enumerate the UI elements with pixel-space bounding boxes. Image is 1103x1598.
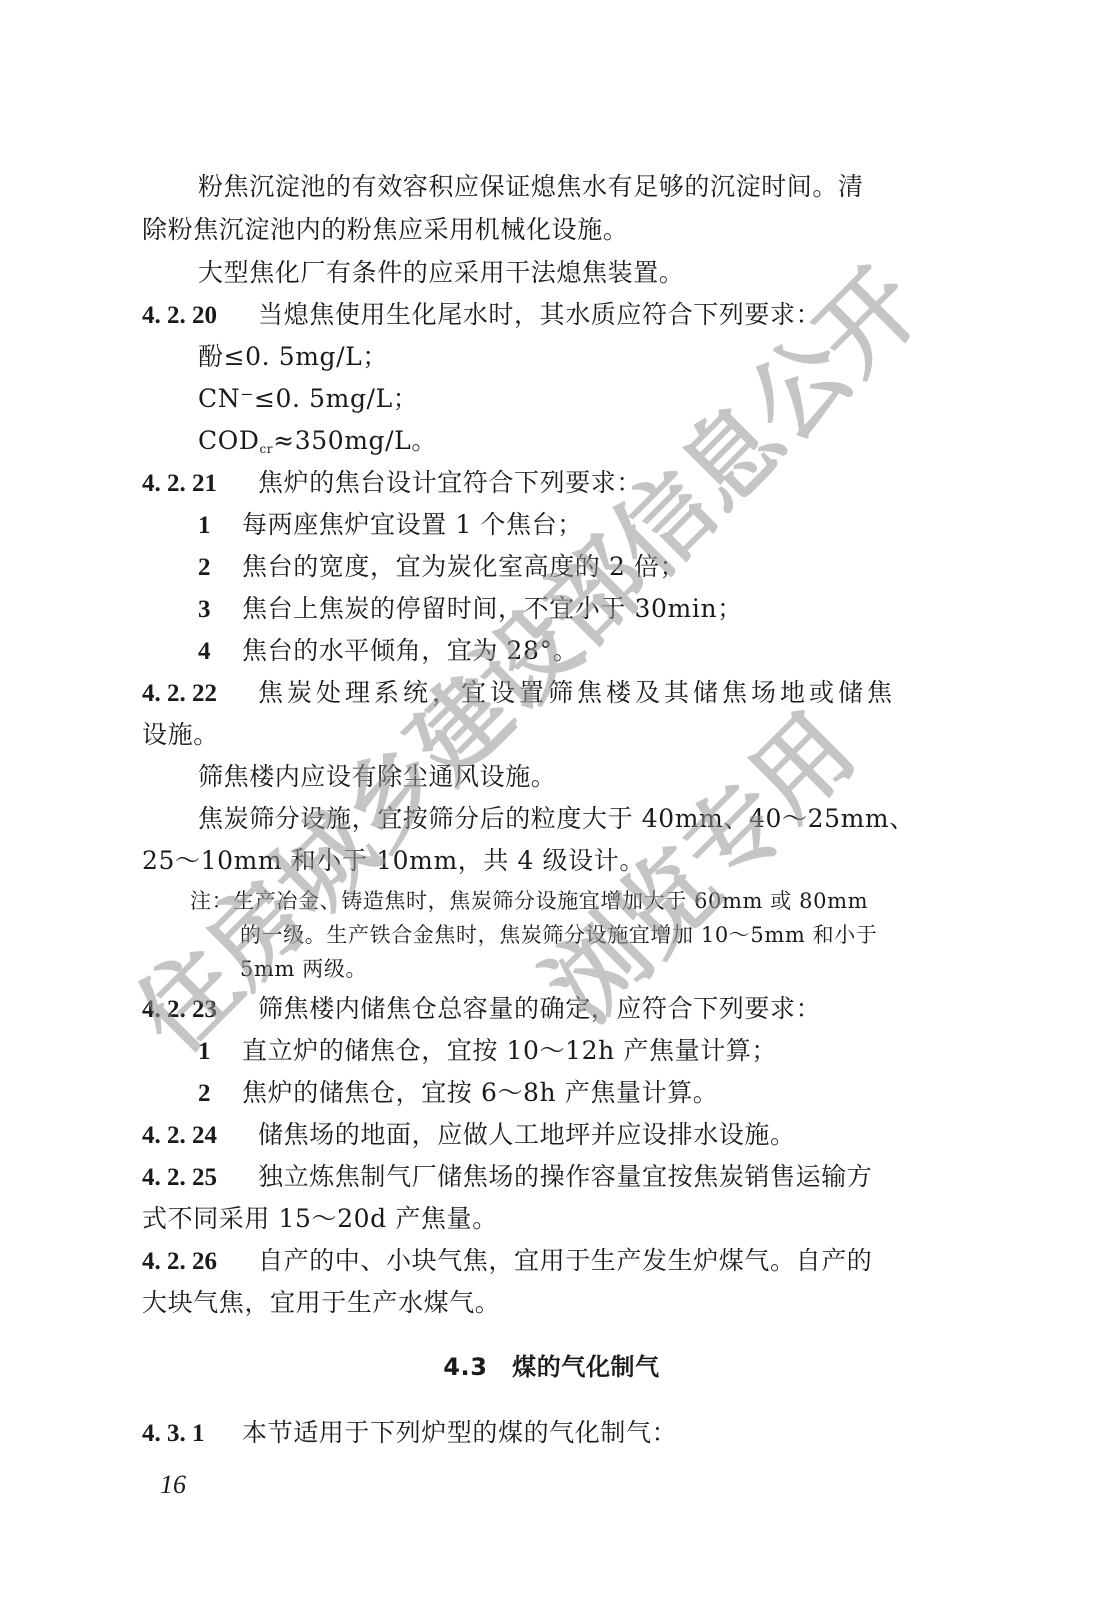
paragraph-line: 除粉焦沉淀池内的粉焦应采用机械化设施。: [142, 215, 628, 245]
clause-continuation: 大块气焦，宜用于生产水煤气。: [142, 1288, 500, 1318]
clause-4-2-22: 4. 2. 22焦炭处理系统，宜设置筛焦楼及其储焦场地或储焦: [142, 678, 896, 709]
cod-label: COD: [198, 426, 259, 455]
page-number: 16: [160, 1470, 186, 1500]
clause-continuation: 式不同采用 15～20d 产焦量。: [142, 1204, 498, 1234]
clause-text: 筛焦楼内储焦仓总容量的确定，应符合下列要求：: [258, 994, 821, 1023]
clause-text: 焦炉的焦台设计宜符合下列要求：: [258, 468, 642, 497]
note-line: 5mm 两级。: [240, 954, 367, 984]
clause-number: 4. 2. 25: [142, 1163, 258, 1193]
note-line: 注：生产冶金、铸造焦时，焦炭筛分设施宜增加大于 60mm 或 80mm: [190, 886, 868, 916]
note-line: 的一级。生产铁合金焦时，焦炭筛分设施宜增加 10～5mm 和小于: [240, 920, 877, 950]
section-title: 4.3 煤的气化制气: [0, 1352, 1103, 1382]
list-item: 3焦台上焦炭的停留时间，不宜小于 30min；: [198, 594, 743, 625]
clause-number: 4. 2. 24: [142, 1121, 258, 1151]
clause-4-2-23: 4. 2. 23筛焦楼内储焦仓总容量的确定，应符合下列要求：: [142, 994, 821, 1025]
list-item: 2焦台的宽度，宜为炭化室高度的 2 倍；: [198, 552, 685, 583]
requirement-line: CODcr≈350mg/L。: [198, 426, 437, 464]
clause-4-2-25: 4. 2. 25独立炼焦制气厂储焦场的操作容量宜按焦炭销售运输方: [142, 1162, 872, 1193]
clause-number: 4. 2. 20: [142, 301, 258, 331]
clause-4-2-21: 4. 2. 21焦炉的焦台设计宜符合下列要求：: [142, 468, 642, 499]
document-page: 粉焦沉淀池的有效容积应保证熄焦水有足够的沉淀时间。清 除粉焦沉淀池内的粉焦应采用…: [0, 0, 1103, 1598]
list-item: 4焦台的水平倾角，宜为 28°。: [198, 636, 578, 667]
clause-number: 4. 3. 1: [142, 1419, 242, 1449]
requirement-line: 酚≤0. 5mg/L；: [198, 342, 388, 372]
cod-subscript: cr: [259, 442, 273, 456]
list-item: 2焦炉的储焦仓，宜按 6～8h 产焦量计算。: [198, 1078, 718, 1109]
paragraph: 大型焦化厂有条件的应采用干法熄焦装置。: [198, 258, 684, 288]
clause-number: 4. 2. 23: [142, 995, 258, 1025]
clause-4-2-26: 4. 2. 26自产的中、小块气焦，宜用于生产发生炉煤气。自产的: [142, 1246, 872, 1277]
list-item: 1每两座焦炉宜设置 1 个焦台；: [198, 510, 583, 541]
clause-4-2-20: 4. 2. 20当熄焦使用生化尾水时，其水质应符合下列要求：: [142, 300, 821, 331]
paragraph-line: 粉焦沉淀池的有效容积应保证熄焦水有足够的沉淀时间。清: [198, 172, 864, 202]
list-item: 1直立炉的储焦仓，宜按 10～12h 产焦量计算；: [198, 1036, 777, 1067]
clause-number: 4. 2. 26: [142, 1247, 258, 1277]
clause-text: 自产的中、小块气焦，宜用于生产发生炉煤气。自产的: [258, 1246, 872, 1275]
clause-text: 储焦场的地面，应做人工地坪并应设排水设施。: [258, 1120, 796, 1149]
paragraph-line: 焦炭筛分设施，宜按筛分后的粒度大于 40mm、40～25mm、: [198, 804, 915, 834]
clause-number: 4. 2. 21: [142, 469, 258, 499]
paragraph-line: 25～10mm 和小于 10mm，共 4 级设计。: [142, 846, 645, 876]
clause-4-2-24: 4. 2. 24储焦场的地面，应做人工地坪并应设排水设施。: [142, 1120, 796, 1151]
clause-text: 独立炼焦制气厂储焦场的操作容量宜按焦炭销售运输方: [258, 1162, 872, 1191]
paragraph: 筛焦楼内应设有除尘通风设施。: [198, 762, 556, 792]
clause-text: 焦炭处理系统，宜设置筛焦楼及其储焦场地或储焦: [258, 678, 896, 707]
requirement-line: CN⁻≤0. 5mg/L；: [198, 384, 418, 414]
clause-continuation: 设施。: [142, 720, 219, 750]
clause-4-3-1: 4. 3. 1本节适用于下列炉型的煤的气化制气：: [142, 1418, 677, 1449]
clause-number: 4. 2. 22: [142, 679, 258, 709]
cod-value: ≈350mg/L。: [273, 426, 437, 455]
clause-text: 当熄焦使用生化尾水时，其水质应符合下列要求：: [258, 300, 821, 329]
clause-text: 本节适用于下列炉型的煤的气化制气：: [242, 1418, 677, 1447]
